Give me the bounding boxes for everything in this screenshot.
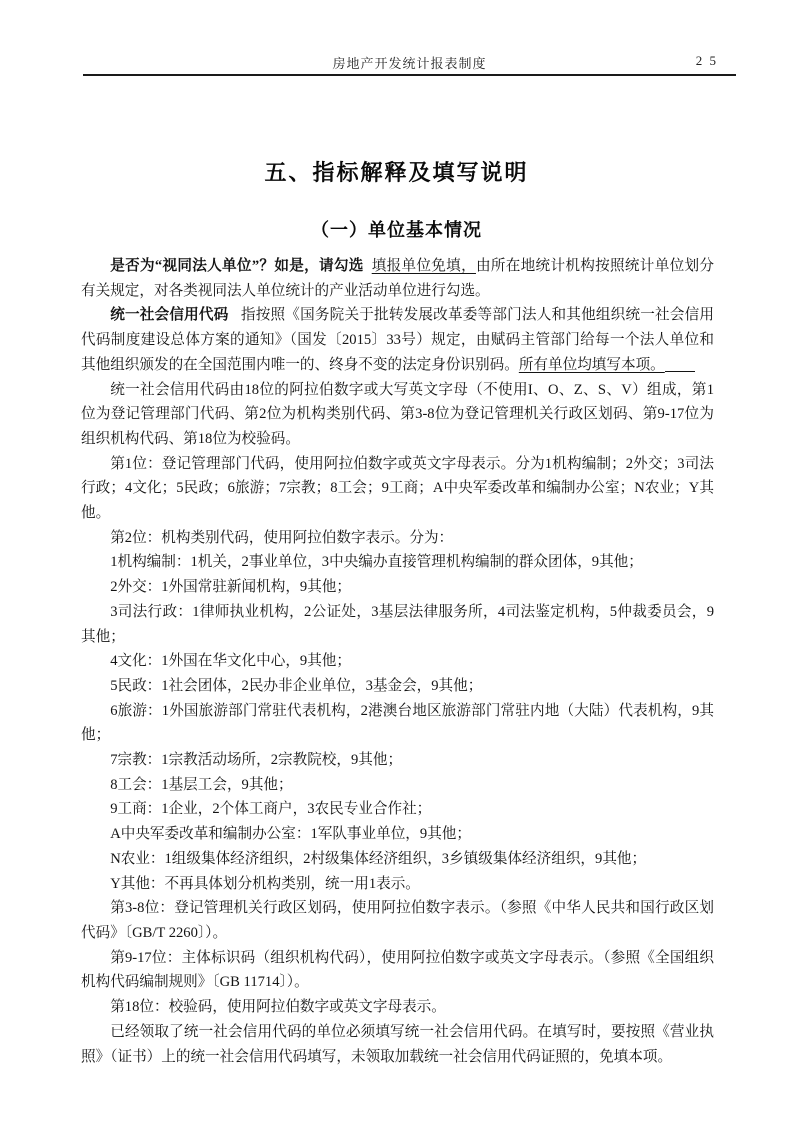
document-page: 房地产开发统计报表制度 2 5 五、指标解释及填写说明 （一）单位基本情况 是否… [0, 0, 793, 1122]
paragraph: 第18位：校验码，使用阿拉伯数字或英文字母表示。 [81, 995, 714, 1020]
paragraph: 第9-17位：主体标识码（组织机构代码），使用阿拉伯数字或英文字母表示。（参照《… [81, 946, 714, 995]
paragraph: A中央军委改革和编制办公室：1军队事业单位，9其他； [81, 822, 714, 847]
header-rule [83, 74, 736, 76]
paragraph: 2外交：1外国常驻新闻机构，9其他； [81, 575, 714, 600]
underlined-phrase: 填报单位免填， [372, 258, 476, 274]
paragraph: 4文化：1外国在华文化中心，9其他； [81, 649, 714, 674]
paragraph: Y其他：不再具体划分机构类别，统一用1表示。 [81, 872, 714, 897]
underline-tail [665, 369, 696, 372]
header-title: 房地产开发统计报表制度 [332, 56, 486, 71]
paragraph: 已经领取了统一社会信用代码的单位必须填写统一社会信用代码。在填写时，要按照《营业… [81, 1020, 714, 1069]
underlined-phrase: 所有单位均填写本项。 [519, 357, 665, 373]
subsection-title: （一）单位基本情况 [0, 216, 793, 242]
section-title: 五、指标解释及填写说明 [0, 156, 793, 187]
page-header: 房地产开发统计报表制度 2 5 [83, 53, 736, 71]
paragraph: 统一社会信用代码由18位的阿拉伯数字或大写英文字母（不使用I、O、Z、S、V）组… [81, 378, 714, 452]
paragraph: 6旅游：1外国旅游部门常驻代表机构，2港澳台地区旅游部门常驻内地（大陆）代表机构… [81, 699, 714, 748]
paragraph: 第2位：机构类别代码，使用阿拉伯数字表示。分为： [81, 526, 714, 551]
paragraph: 第3-8位：登记管理机关行政区划码，使用阿拉伯数字表示。（参照《中华人民共和国行… [81, 896, 714, 945]
paragraph: N农业：1组级集体经济组织，2村级集体经济组织，3乡镇级集体经济组织，9其他； [81, 847, 714, 872]
paragraph-checkbox-note: 是否为“视同法人单位”？如是，请勾选填报单位免填，由所在地统计机构按照统计单位划… [81, 254, 714, 303]
page-number: 2 5 [696, 53, 718, 69]
paragraph: 8工会：1基层工会，9其他； [81, 773, 714, 798]
paragraph-credit-code-definition: 统一社会信用代码指按照《国务院关于批转发展改革委等部门法人和其他组织统一社会信用… [81, 303, 714, 377]
paragraph: 1机构编制：1机关，2事业单位，3中央编办直接管理机构编制的群众团体，9其他； [81, 550, 714, 575]
term-bold: 统一社会信用代码 [110, 307, 228, 323]
paragraph-lead-bold: 是否为“视同法人单位”？如是，请勾选 [110, 258, 364, 274]
paragraph: 5民政：1社会团体，2民办非企业单位，3基金会，9其他； [81, 674, 714, 699]
paragraph: 7宗教：1宗教活动场所，2宗教院校，9其他； [81, 748, 714, 773]
document-body: 是否为“视同法人单位”？如是，请勾选填报单位免填，由所在地统计机构按照统计单位划… [81, 254, 714, 1069]
paragraph: 第1位：登记管理部门代码，使用阿拉伯数字或英文字母表示。分为1机构编制；2外交；… [81, 452, 714, 526]
paragraph: 9工商：1企业，2个体工商户，3农民专业合作社； [81, 797, 714, 822]
paragraph: 3司法行政：1律师执业机构，2公证处，3基层法律服务所，4司法鉴定机构，5仲裁委… [81, 600, 714, 649]
